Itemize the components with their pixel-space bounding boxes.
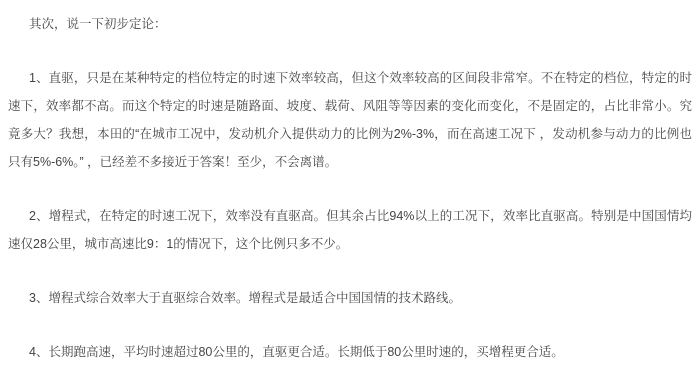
paragraph-point-2: 2、增程式，在特定的时速工况下，效率没有直驱高。但其余占比94%以上的工况下，效… [8, 202, 692, 258]
paragraph-point-3: 3、增程式综合效率大于直驱综合效率。增程式是最适合中国国情的技术路线。 [8, 284, 692, 312]
article-body: 其次，说一下初步定论： 1、直驱，只是在某种特定的档位特定的时速下效率较高，但这… [0, 0, 700, 385]
paragraph-point-4: 4、长期跑高速，平均时速超过80公里的，直驱更合适。长期低于80公里时速的，买增… [8, 338, 692, 366]
paragraph-point-1: 1、直驱，只是在某种特定的档位特定的时速下效率较高，但这个效率较高的区间段非常窄… [8, 64, 692, 176]
intro-paragraph: 其次，说一下初步定论： [8, 10, 692, 38]
